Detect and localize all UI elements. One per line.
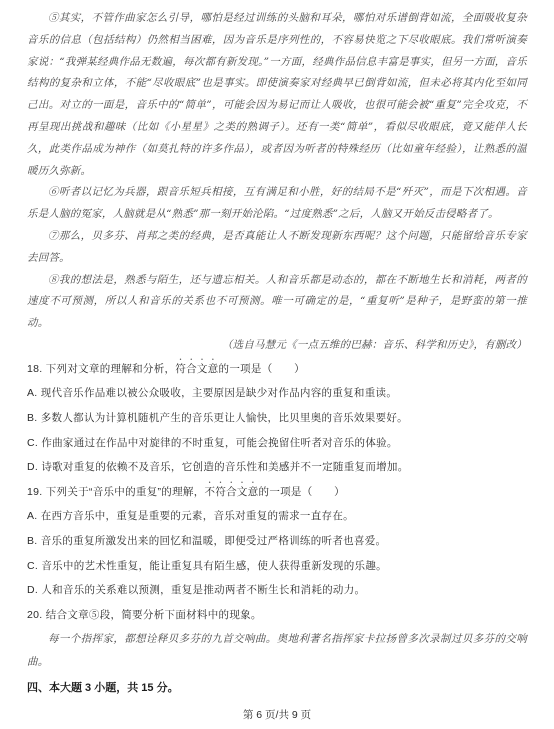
essay-paragraph-6: ⑥听者以记忆为兵器，跟音乐短兵相接，互有满足和小胜，好的结局不是“歼灭”，而是下… bbox=[27, 182, 527, 226]
question-18-option-d: D. 诗歌对重复的依赖不及音乐，它创造的音乐性和美感并不一定随重复而增加。 bbox=[27, 455, 527, 480]
question-19-stem: 19. 下列关于“音乐中的重复”的理解，不符合文意的一项是（ ） bbox=[27, 480, 527, 505]
essay-section: ⑤其实，不管作曲家怎么引导，哪怕是经过训练的头脑和耳朵，哪怕对乐谱倒背如流，全面… bbox=[27, 8, 527, 357]
question-18-option-c: C. 作曲家通过在作品中对旋律的不时重复，可能会挽留住听者对音乐的体验。 bbox=[27, 431, 527, 456]
exam-page: ⑤其实，不管作曲家怎么引导，哪怕是经过训练的头脑和耳朵，哪怕对乐谱倒背如流，全面… bbox=[0, 0, 554, 699]
question-18-option-a: A. 现代音乐作品难以被公众吸收，主要原因是缺少对作品内容的重复和重读。 bbox=[27, 381, 527, 406]
question-18-option-b: B. 多数人都认为计算机随机产生的音乐更让人愉快，比贝里奥的音乐效果要好。 bbox=[27, 406, 527, 431]
question-19-option-c: C. 音乐中的艺术性重复，能让重复具有陌生感，使人获得重新发现的乐趣。 bbox=[27, 554, 527, 579]
attribution-line: （选自马慧元《一点五维的巴赫：音乐、科学和历史》，有删改） bbox=[27, 335, 527, 357]
page-number-footer: 第 6 页/共 9 页 bbox=[0, 707, 554, 722]
question-20-block: 20. 结合文章⑤段，简要分析下面材料中的现象。 每一个指挥家，都想诠释贝多芬的… bbox=[27, 603, 527, 675]
question-18-stem-prefix: 18. 下列对文章的理解和分析， bbox=[27, 363, 175, 375]
essay-paragraph-8: ⑧我的想法是，熟悉与陌生，还与遗忘相关。人和音乐都是动态的，都在不断地生长和消耗… bbox=[27, 270, 527, 335]
question-19-stem-suffix: 的一项是（ ） bbox=[259, 486, 345, 498]
question-18-stem-emphasis: 符合文意 bbox=[175, 363, 218, 375]
essay-paragraph-5: ⑤其实，不管作曲家怎么引导，哪怕是经过训练的头脑和耳朵，哪怕对乐谱倒背如流，全面… bbox=[27, 8, 527, 182]
question-18-block: 18. 下列对文章的理解和分析，符合文意的一项是（ ） A. 现代音乐作品难以被… bbox=[27, 357, 527, 480]
question-19-option-d: D. 人和音乐的关系难以预测，重复是推动两者不断生长和消耗的动力。 bbox=[27, 578, 527, 603]
question-19-option-b: B. 音乐的重复所激发出来的回忆和温暖，即便受过严格训练的听者也喜爱。 bbox=[27, 529, 527, 554]
question-19-stem-emphasis: 不符合文意 bbox=[205, 486, 259, 498]
question-19-stem-prefix: 19. 下列关于“音乐中的重复”的理解， bbox=[27, 486, 205, 498]
essay-paragraph-7: ⑦那么，贝多芬、肖邦之类的经典，是否真能让人不断发现新东西呢？这个问题，只能留给… bbox=[27, 226, 527, 270]
question-19-option-a: A. 在西方音乐中，重复是重要的元素，音乐对重复的需求一直存在。 bbox=[27, 504, 527, 529]
question-20-material: 每一个指挥家，都想诠释贝多芬的九首交响曲。奥地利著名指挥家卡拉扬曾多次录制过贝多… bbox=[27, 628, 527, 674]
section-four-heading: 四、本大题 3 小题，共 15 分。 bbox=[27, 677, 527, 699]
question-18-stem: 18. 下列对文章的理解和分析，符合文意的一项是（ ） bbox=[27, 357, 527, 382]
question-18-stem-suffix: 的一项是（ ） bbox=[219, 363, 305, 375]
question-20-stem: 20. 结合文章⑤段，简要分析下面材料中的现象。 bbox=[27, 603, 527, 628]
question-19-block: 19. 下列关于“音乐中的重复”的理解，不符合文意的一项是（ ） A. 在西方音… bbox=[27, 480, 527, 603]
